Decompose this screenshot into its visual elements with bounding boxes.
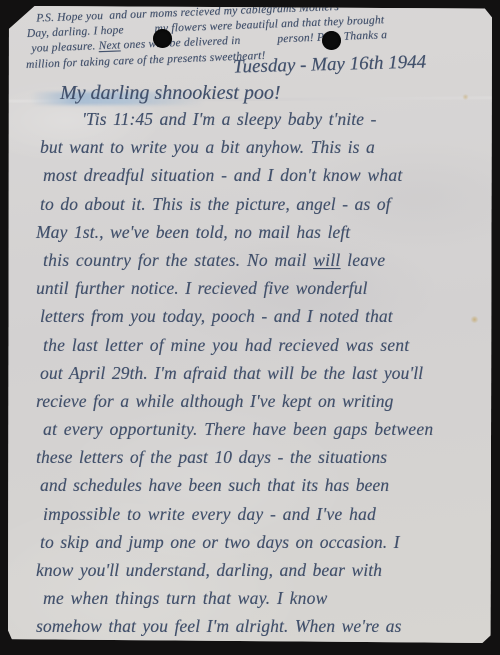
greeting: My darling shnookiest poo! xyxy=(60,82,281,105)
letter-line: at every opportunity. There have been ga… xyxy=(43,419,492,447)
letter-line: these letters of the past 10 days - the … xyxy=(36,447,492,475)
letter-line: to do about it. This is the picture, ang… xyxy=(40,194,492,222)
letter-line: to skip and jump one or two days on occa… xyxy=(40,532,492,560)
letter-line: until further notice. I recieved five wo… xyxy=(36,278,492,306)
letter-line: out April 29th. I'm afraid that will be … xyxy=(40,363,492,391)
letter-line: and schedules have been such that its ha… xyxy=(40,475,492,503)
letter-line: 'Tis 11:45 and I'm a sleepy baby t'nite … xyxy=(36,109,492,137)
letter-line: letters from you today, pooch - and I no… xyxy=(40,306,492,334)
letter-line: but want to write you a bit anyhow. This… xyxy=(40,137,492,165)
letter-body: 'Tis 11:45 and I'm a sleepy baby t'nite … xyxy=(36,109,492,645)
letter-line: this country for the states. No mail wil… xyxy=(43,250,492,278)
letter-line: recieve for a while although I've kept o… xyxy=(36,391,492,419)
letter-line: impossible to write every day - and I've… xyxy=(43,504,492,532)
date-line: Tuesday - May 16th 1944 xyxy=(233,51,427,78)
scanned-letter: P.S. Hope you and our moms recieved my c… xyxy=(0,0,500,655)
letter-page: P.S. Hope you and our moms recieved my c… xyxy=(8,6,492,643)
paper-stain xyxy=(470,316,479,323)
letter-line: know you'll understand, darling, and bea… xyxy=(36,560,492,588)
letter-line: May 1st., we've been told, no mail has l… xyxy=(36,222,492,250)
letter-line: most dreadful situation - and I don't kn… xyxy=(43,165,492,193)
letter-line: the last letter of mine you had recieved… xyxy=(43,335,492,363)
paper-stain xyxy=(462,94,469,100)
hole-punch-right xyxy=(322,31,341,50)
hole-punch-left xyxy=(153,29,172,48)
letter-line: somehow that you feel I'm alright. When … xyxy=(36,616,492,644)
letter-line: me when things turn that way. I know xyxy=(43,588,492,616)
